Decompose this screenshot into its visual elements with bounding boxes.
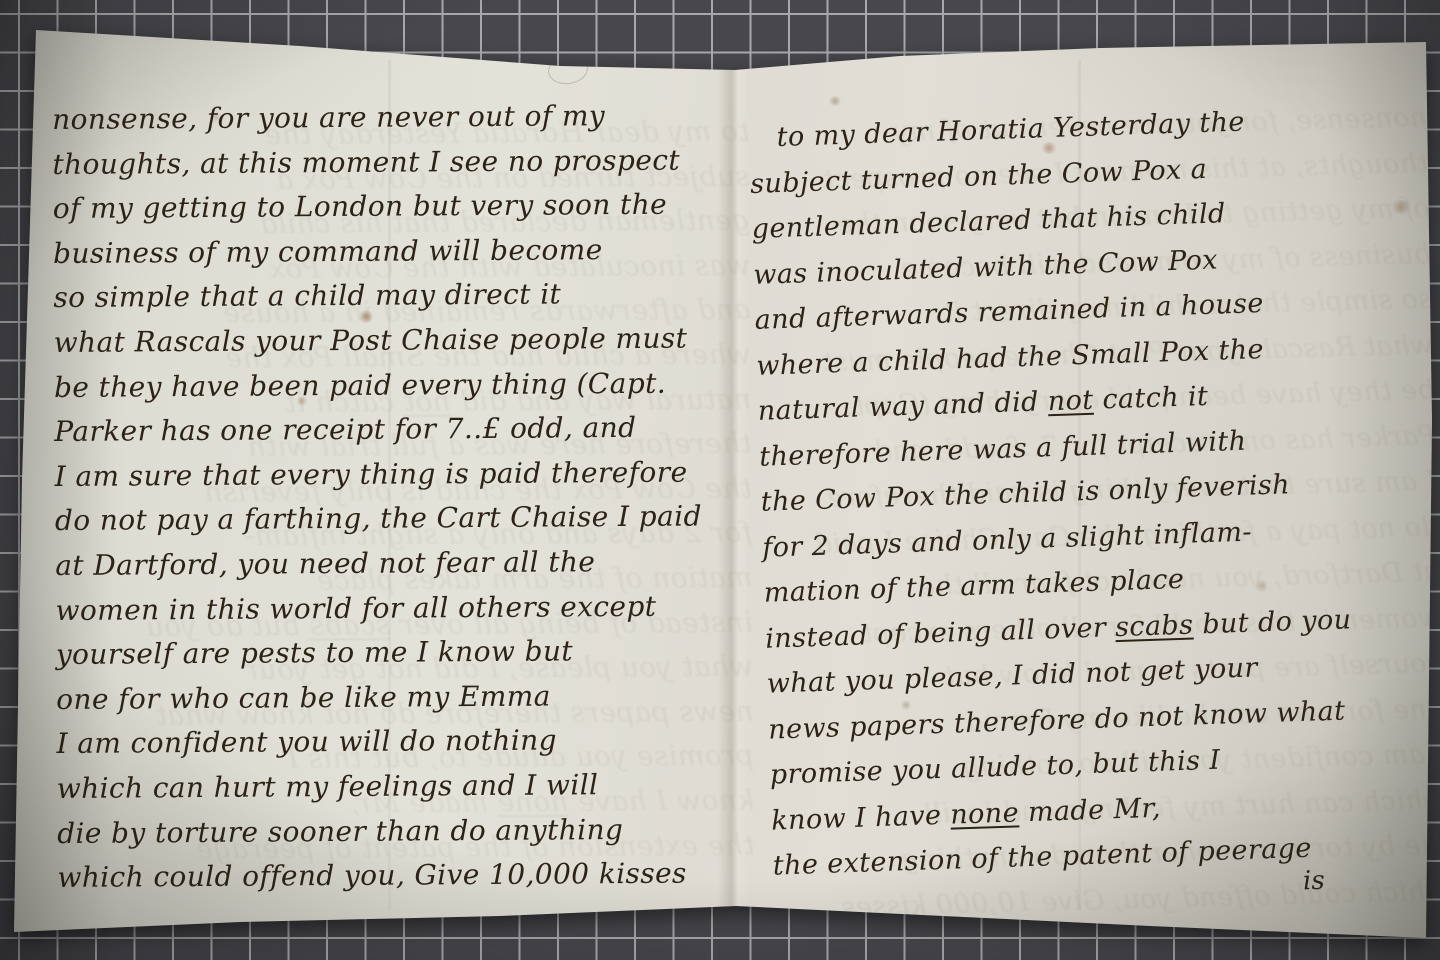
handwriting-line: so simple that a child may direct it xyxy=(53,272,747,321)
catchword: is xyxy=(1302,866,1325,897)
handwriting-line: business of my command will become xyxy=(53,227,747,276)
handwriting-line: die by torture sooner than do anything xyxy=(57,807,751,856)
handwriting-line: Parker has one receipt for 7..£ odd, and xyxy=(54,405,748,454)
handwriting-line: which can hurt my feelings and I will xyxy=(57,762,751,811)
letter-paper: to my dear Horatia Yesterday thesubject … xyxy=(0,0,1440,960)
handwriting-line: yourself are pests to me I know but xyxy=(56,628,750,677)
handwriting-line: I am sure that every thing is paid there… xyxy=(54,450,748,499)
handwriting-line: do not pay a farthing, the Cart Chaise I… xyxy=(55,494,749,543)
handwriting-line: nonsense, for you are never out of my xyxy=(52,93,746,142)
handwriting-line: women in this world for all others excep… xyxy=(55,584,749,633)
handwriting-line: I am confident you will do nothing xyxy=(56,717,750,766)
handwriting-line: of my getting to London but very soon th… xyxy=(53,182,747,231)
handwriting-line: what Rascals your Post Chaise people mus… xyxy=(54,316,748,365)
left-page-handwriting: nonsense, for you are never out of mytho… xyxy=(52,93,752,901)
handwriting-line: be they have been paid every thing (Capt… xyxy=(54,361,748,410)
right-page-handwriting: to my dear Horatia Yesterday thesubject … xyxy=(748,93,1440,889)
letter-sheet: to my dear Horatia Yesterday thesubject … xyxy=(0,0,1440,960)
handwriting-line: one for who can be like my Emma xyxy=(56,673,750,722)
handwriting-line: at Dartford, you need not fear all the xyxy=(55,539,749,588)
handwriting-line: which could offend you, Give 10,000 kiss… xyxy=(57,851,751,900)
ink-stain xyxy=(828,96,842,106)
faint-pencil-mark xyxy=(546,53,590,86)
handwriting-line: thoughts, at this moment I see no prospe… xyxy=(52,138,746,187)
